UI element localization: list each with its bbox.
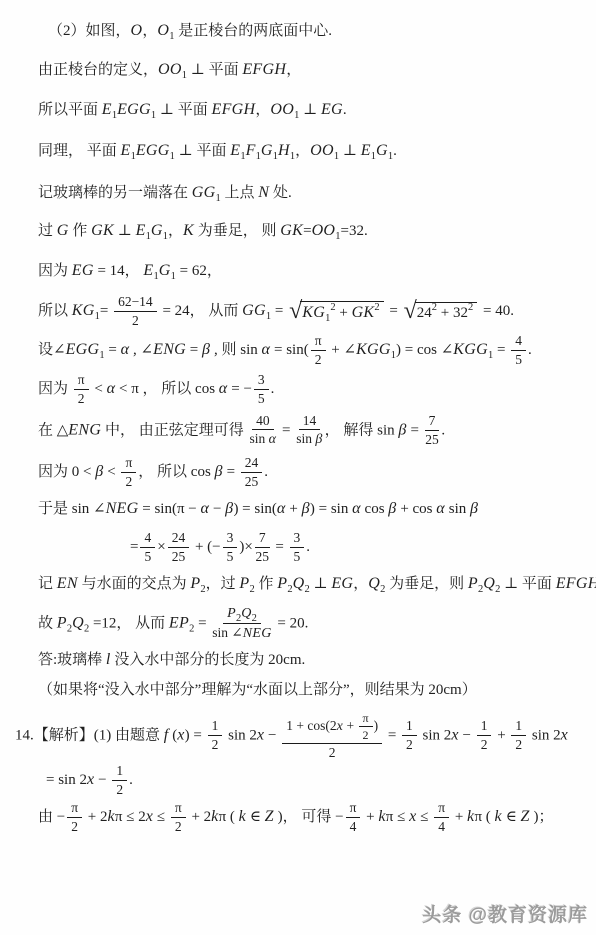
text-run: 没入水中部分的长度为 20cm. (111, 652, 306, 668)
text-run: π (125, 455, 132, 470)
fraction-numerator: 4 (140, 530, 155, 548)
fraction: 12 (402, 718, 417, 753)
fraction-denominator: sin β (296, 430, 322, 449)
text-run: × (157, 539, 165, 555)
solution-line: 同理， 平面 E1EGG1 ⊥ 平面 E1F1G1H1，OO1 ⊥ E1G1. (38, 140, 572, 162)
text-run: . (343, 102, 347, 118)
math-variable: EN (57, 575, 78, 592)
text-run: ) = cos ∠ (396, 342, 453, 358)
math-variable: H (278, 142, 290, 159)
math-variable: α (107, 380, 116, 397)
document-page: （2）如图，O，O1 是正棱台的两底面中心.由正棱台的定义，OO1 ⊥ 平面 E… (0, 0, 596, 935)
text-run: 4 (350, 819, 357, 834)
text-run: ) = sin( (233, 501, 276, 517)
math-variable: Q (483, 575, 495, 592)
text-run: π (175, 800, 182, 815)
text-run: 因为 0 < (38, 464, 95, 480)
text-run: ≤ (153, 809, 169, 825)
fraction-denominator: 2 (116, 781, 123, 798)
text-run: + (493, 727, 509, 743)
math-variable: NEG (106, 500, 139, 517)
text-run: − (209, 501, 225, 517)
text-run: 5 (144, 549, 151, 564)
text-run: ， (142, 23, 157, 39)
text-run: 作 (69, 223, 92, 239)
fraction: π4 (346, 800, 361, 835)
math-variable: GK (280, 222, 303, 239)
text-run: 记 (38, 576, 57, 592)
fraction-denominator: 5 (515, 351, 522, 368)
fraction: 12 (208, 718, 223, 753)
math-variable: P (277, 575, 287, 592)
text-run: . (441, 422, 445, 438)
math-variable: α (121, 341, 130, 358)
math-variable: O (131, 22, 143, 39)
text-run: ∈ (502, 809, 521, 825)
solution-line: 过 G 作 GK ⊥ E1G1，K 为垂足， 则 GK=OO1=32. (38, 220, 572, 242)
solution-line: 故 P2Q2 =12， 从而 EP2 = P2Q2sin ∠NEG = 20. (38, 605, 572, 643)
fraction: 62−142 (114, 294, 157, 329)
fraction-numerator: π (74, 372, 89, 390)
text-run: 故 (38, 615, 57, 631)
text-run: − (264, 727, 280, 743)
text-run: ， 解得 sin (325, 422, 399, 438)
math-variable: α (436, 500, 445, 517)
solution-line: 记玻璃棒的另一端落在 GG1 上点 N 处. (38, 182, 572, 204)
text-run: ， 所以 cos (138, 464, 214, 480)
text-run: 2 (406, 737, 413, 752)
text-run: = 40. (479, 303, 514, 319)
math-variable: GK (91, 222, 114, 239)
solution-line: 因为 π2 < α < π ， 所以 cos α = −35. (38, 372, 572, 407)
fraction-denominator: 2 (175, 818, 182, 835)
math-variable: α (262, 341, 271, 358)
math-variable: ENG (68, 421, 101, 438)
text-run: + 2 (188, 809, 211, 825)
fraction-numerator: 7 (255, 530, 270, 548)
text-run: 2 (212, 737, 219, 752)
fraction-numerator: π (311, 333, 326, 351)
text-run: = 24， 从而 (159, 303, 242, 319)
text-run: + 2 (84, 809, 107, 825)
fraction-numerator: π (67, 800, 82, 818)
text-run: 2 (126, 474, 133, 489)
text-run: ，过 (206, 576, 240, 592)
text-run: sin (445, 501, 470, 517)
text-run: = (407, 422, 423, 438)
fraction-denominator: 2 (315, 351, 322, 368)
text-run: = (278, 422, 294, 438)
math-variable: α (269, 432, 277, 447)
math-variable: E (136, 222, 146, 239)
text-run: π (78, 372, 85, 387)
solution-line: （2）如图，O，O1 是正棱台的两底面中心. (48, 20, 572, 42)
text-run: . (528, 342, 532, 358)
text-run: = (386, 303, 402, 319)
solution-line: 所以 KG1= 62−142 = 24， 从而 GG1 = √KG12 + GK… (38, 294, 572, 329)
text-run: 14 (303, 413, 317, 428)
fraction-denominator: 2 (406, 736, 413, 753)
text-run: 答:玻璃棒 (38, 652, 106, 668)
text-run: 3 (294, 530, 301, 545)
text-run: 25 (172, 549, 186, 564)
fraction-numerator: 62−14 (114, 294, 157, 312)
text-run: 25 (245, 474, 259, 489)
text-run: 所以平面 (38, 102, 102, 118)
text-run: 40 (256, 413, 270, 428)
text-run: ≤ (417, 809, 433, 825)
fraction-numerator: π (121, 455, 136, 473)
text-run: − (459, 727, 475, 743)
text-run: + cos (397, 501, 437, 517)
text-run: ) = sin (310, 501, 352, 517)
fraction-denominator: sin ∠NEG (212, 624, 271, 643)
math-variable: E (361, 142, 371, 159)
math-variable: P (57, 614, 67, 631)
text-run: =32. (341, 223, 368, 239)
math-variable: k (239, 808, 246, 825)
text-run: 24 (245, 455, 259, 470)
math-variable: F (246, 142, 256, 159)
fraction-denominator: 2 (71, 818, 78, 835)
text-run: 所以 (38, 303, 72, 319)
text-run: = 20. (274, 615, 309, 631)
text-run: ⊥ (299, 102, 321, 118)
solution-line: 由 −π2 + 2kπ ≤ 2x ≤ π2 + 2kπ ( k ∈ Z )， 可… (38, 800, 572, 835)
fraction: π2 (359, 711, 373, 742)
math-variable: α (352, 500, 361, 517)
math-variable: EP (169, 614, 189, 631)
fraction-numerator: 3 (223, 530, 238, 548)
text-run: ∈ (246, 809, 265, 825)
math-variable: β (215, 463, 223, 480)
math-variable: GK (352, 304, 375, 321)
text-run: 1 (212, 718, 219, 733)
text-run: 7 (259, 530, 266, 545)
math-variable: k (378, 808, 385, 825)
fraction: π2 (67, 800, 82, 835)
text-run: sin (296, 431, 315, 446)
math-variable: EGG (66, 341, 100, 358)
fraction-numerator: π (171, 800, 186, 818)
text-run: = (271, 303, 287, 319)
fraction: 14sin β (296, 413, 322, 449)
text-run: 因为 (38, 263, 72, 279)
fraction-numerator: 40 (252, 413, 274, 431)
text-run: + (336, 305, 352, 321)
math-variable: k (495, 808, 502, 825)
text-run: = 14， (94, 263, 144, 279)
text-run: = (130, 539, 138, 555)
text-run: π (315, 333, 322, 348)
text-run: 2 (71, 819, 78, 834)
text-run: = sin 2 (46, 772, 87, 788)
text-run: ， (353, 576, 368, 592)
math-variable: β (302, 500, 310, 517)
math-variable: OO (158, 61, 182, 78)
fraction-denominator: 2 (126, 473, 133, 490)
radicand: KG12 + GK2 (300, 301, 383, 323)
solution-line: 记 EN 与水面的交点为 P2，过 P2 作 P2Q2 ⊥ EG，Q2 为垂足，… (38, 573, 572, 595)
fraction-denominator: 2 (481, 736, 488, 753)
text-run: 2 (363, 728, 369, 742)
text-run: π (71, 800, 78, 815)
text-run: ， (168, 223, 183, 239)
text-run: )， 可得 − (274, 809, 344, 825)
text-run: ) = (185, 727, 206, 743)
text-run: 25 (425, 432, 439, 447)
text-run: 2 (481, 737, 488, 752)
text-run: 同理， 平面 (38, 143, 121, 159)
solution-line: =45×2425 + (−35)×725 = 35. (130, 530, 572, 565)
math-variable: EFGH (242, 61, 286, 78)
subscript: 2 (252, 613, 257, 624)
solution-line: 在 △ENG 中， 由正弦定理可得 40sin α = 14sin β， 解得 … (38, 413, 572, 449)
text-run: ⊥ (310, 576, 332, 592)
text-run: 2 (78, 391, 85, 406)
text-run: 3 (227, 530, 234, 545)
text-run: 24 (172, 530, 186, 545)
math-variable: Q (241, 606, 251, 621)
fraction-denominator: 25 (255, 548, 269, 565)
fraction-denominator: sin α (249, 430, 276, 449)
math-variable: G (261, 142, 273, 159)
math-variable: α (277, 500, 286, 517)
text-run: 1 (116, 763, 123, 778)
text-run: ⊥ 平面 (500, 576, 555, 592)
fraction: P2Q2sin ∠NEG (212, 605, 271, 643)
text-run: π ( (219, 809, 239, 825)
solution-line: 因为 0 < β < π2， 所以 cos β = 2425. (38, 455, 572, 490)
text-run: = sin(π − (138, 501, 200, 517)
radicand: 242 + 322 (415, 302, 477, 323)
solution-line: 14.【解析】(1) 由题意 f (x) = 12 sin 2x − 1 + c… (15, 711, 572, 761)
text-run: = (272, 539, 288, 555)
text-run: 处. (269, 185, 292, 201)
text-run: 由 − (38, 809, 65, 825)
math-variable: β (398, 421, 406, 438)
text-run: 1 (406, 718, 413, 733)
math-variable: x (409, 808, 416, 825)
math-variable: α (200, 500, 209, 517)
fraction-numerator: 4 (511, 333, 526, 351)
math-variable: EFGH (212, 101, 256, 118)
math-variable: E (143, 262, 153, 279)
text-run: + (− (191, 539, 220, 555)
math-variable: KG (72, 302, 95, 319)
text-run: = (194, 615, 210, 631)
text-run: 于是 sin ∠ (38, 501, 106, 517)
solution-line: 于是 sin ∠NEG = sin(π − α − β) = sin(α + β… (38, 498, 572, 520)
text-run: 在 △ (38, 422, 68, 438)
math-variable: ENG (153, 341, 186, 358)
text-run: 与水面的交点为 (78, 576, 191, 592)
fraction: 2425 (168, 530, 190, 565)
text-run: π ≤ 2 (115, 809, 146, 825)
solution-line: 由正棱台的定义，OO1 ⊥ 平面 EFGH， (38, 59, 572, 81)
text-run: sin 2 (419, 727, 452, 743)
fraction-numerator: π (346, 800, 361, 818)
math-variable: β (470, 500, 478, 517)
text-run: . (306, 539, 310, 555)
math-variable: KGG (356, 341, 391, 358)
text-run: = (384, 727, 400, 743)
text-run: 4 (515, 333, 522, 348)
text-run: π (438, 800, 445, 815)
fraction-numerator: 1 (112, 763, 127, 781)
text-run: = sin( (270, 342, 308, 358)
text-run: 5 (515, 352, 522, 367)
text-run: . (129, 772, 133, 788)
fraction-denominator: 4 (438, 818, 445, 835)
text-run: 14.【解析】(1) 由题意 (15, 727, 164, 743)
fraction: 45 (140, 530, 155, 565)
fraction: 40sin α (249, 413, 276, 449)
text-run: = (186, 342, 202, 358)
math-variable: x (561, 726, 568, 743)
solution-line: （如果将“没入水中部分”理解为“水面以上部分”，则结果为 20cm） (38, 679, 572, 701)
math-variable: E (121, 142, 131, 159)
math-variable: OO (312, 222, 336, 239)
fraction: 35 (290, 530, 305, 565)
fraction-denominator: 5 (294, 548, 301, 565)
text-run: 4 (438, 819, 445, 834)
text-run: . (264, 464, 268, 480)
text-run: 作 (255, 576, 278, 592)
fraction-numerator: 1 + cos(2x + π2) (282, 711, 382, 744)
text-run: = (223, 464, 239, 480)
text-run: < (104, 464, 120, 480)
math-variable: E (230, 142, 240, 159)
text-run: ⊥ 平面 (187, 62, 242, 78)
fraction-denominator: 5 (258, 390, 265, 407)
text-run: 2 (329, 745, 336, 760)
fraction-denominator: 25 (245, 473, 259, 490)
text-run: + 32 (437, 305, 468, 321)
text-run: ) (374, 717, 379, 732)
text-run: 2 (175, 819, 182, 834)
fraction: 35 (223, 530, 238, 565)
fraction-numerator: 24 (241, 455, 263, 473)
text-run: < π ， 所以 cos (115, 381, 219, 397)
math-variable: Q (293, 575, 305, 592)
text-run: = (303, 223, 311, 239)
fraction-denominator: 2 (329, 744, 336, 761)
fraction: 1 + cos(2x + π2)2 (282, 711, 382, 761)
fraction: 12 (511, 718, 526, 753)
text-run: 7 (429, 413, 436, 428)
solution-line: 设∠EGG1 = α , ∠ENG = β , 则 sin α = sin(π2… (38, 333, 572, 368)
text-run: , ∠ (129, 342, 153, 358)
fraction-denominator: 25 (425, 431, 439, 448)
text-run: =12， 从而 (89, 615, 169, 631)
text-run: = 62， (176, 263, 222, 279)
math-variable: EG (331, 575, 353, 592)
text-run: ， (286, 62, 301, 78)
superscript: 2 (374, 302, 379, 313)
text-run: sin ∠ (212, 625, 242, 640)
math-variable: OO (310, 142, 334, 159)
fraction: 725 (255, 530, 270, 565)
math-variable: EFGH (556, 575, 596, 592)
math-variable: G (151, 222, 163, 239)
text-run: π (350, 800, 357, 815)
math-variable: EGG (136, 142, 170, 159)
fraction-denominator: 25 (172, 548, 186, 565)
math-variable: P (190, 575, 200, 592)
text-run: ⊥ 平面 (175, 143, 230, 159)
text-run: ⊥ (339, 143, 361, 159)
math-variable: Q (368, 575, 380, 592)
text-run: + (451, 809, 467, 825)
text-run: . (271, 381, 275, 397)
text-run: sin (249, 431, 268, 446)
math-variable: k (211, 808, 218, 825)
text-run: ( (169, 727, 178, 743)
text-run: 62−14 (118, 294, 153, 309)
math-variable: E (102, 101, 112, 118)
fraction: 725 (425, 413, 440, 448)
superscript: 2 (468, 302, 473, 313)
text-run: 5 (227, 549, 234, 564)
math-variable: OO (270, 101, 294, 118)
solution-text-body: （2）如图，O，O1 是正棱台的两底面中心.由正棱台的定义，OO1 ⊥ 平面 E… (38, 20, 572, 835)
math-variable: β (388, 500, 396, 517)
text-run: 2 (315, 352, 322, 367)
text-run: + (362, 809, 378, 825)
fraction: π2 (311, 333, 326, 368)
text-run: ⊥ (114, 223, 136, 239)
fraction: 35 (254, 372, 269, 407)
fraction-numerator: 1 (477, 718, 492, 736)
fraction: π2 (74, 372, 89, 407)
text-run: = (493, 342, 509, 358)
text-run: ， (255, 102, 270, 118)
math-variable: α (219, 380, 228, 397)
fraction-numerator: 1 (511, 718, 526, 736)
math-variable: EG (72, 262, 94, 279)
math-variable: G (57, 222, 69, 239)
fraction-numerator: π (434, 800, 449, 818)
math-variable: EGG (117, 101, 151, 118)
text-run: （2）如图， (48, 23, 131, 39)
math-variable: P (468, 575, 478, 592)
text-run: − (94, 772, 110, 788)
math-variable: β (95, 463, 103, 480)
math-variable: Z (521, 808, 530, 825)
text-run: 4 (144, 530, 151, 545)
text-run: π ≤ (386, 809, 409, 825)
fraction: 12 (477, 718, 492, 753)
text-run: 24 (417, 305, 432, 321)
text-run: = (105, 342, 121, 358)
fraction: π4 (434, 800, 449, 835)
math-variable: NEG (243, 626, 272, 641)
fraction-denominator: 2 (78, 390, 85, 407)
text-run: 上点 (221, 185, 259, 201)
text-run: （如果将“没入水中部分”理解为“水面以上部分”，则结果为 20cm） (38, 682, 477, 698)
fraction: π2 (121, 455, 136, 490)
text-run: = (100, 303, 112, 319)
math-variable: k (108, 808, 115, 825)
text-run: + ∠ (328, 342, 357, 358)
watermark: 头条 @教育资源库 (422, 900, 588, 927)
subscript: 1 (325, 313, 330, 324)
text-run: sin 2 (224, 727, 257, 743)
fraction: π2 (171, 800, 186, 835)
text-run: 由正棱台的定义， (38, 62, 158, 78)
text-run: π ( (474, 809, 494, 825)
